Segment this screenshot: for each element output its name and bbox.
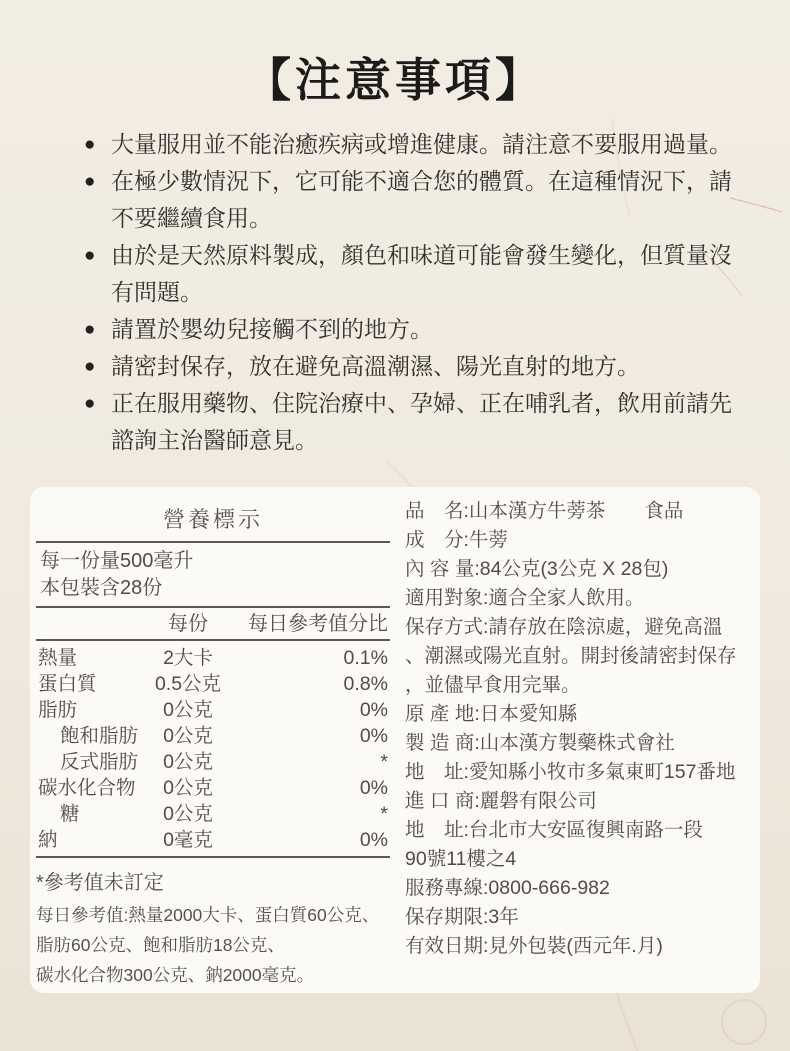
- precautions-list: ● 大量服用並不能治癒疾病或增進健康。請注意不要服用過量。 ● 在極少數情況下，…: [84, 126, 734, 459]
- nutrient-amount: 0公克: [138, 749, 238, 775]
- nutrient-name: 熱量: [38, 645, 138, 671]
- nutrient-name: 糖: [38, 801, 138, 827]
- daily-reference-line: 脂肪60公克、飽和脂肪18公克、: [36, 930, 390, 960]
- bullet-icon: ●: [84, 311, 95, 348]
- table-row: 碳水化合物 0公克 0%: [38, 775, 388, 801]
- nutrient-name: 納: [38, 827, 138, 853]
- nutrition-rows: 熱量 2大卡 0.1% 蛋白質 0.5公克 0.8% 脂肪 0公克 0% 飽和脂…: [36, 641, 390, 856]
- expiry-date-line: 有效日期:見外包裝(西元年.月): [405, 932, 760, 961]
- info-panel: 營養標示 每一份量500毫升 本包裝含28份 每份 每日參考值分比 熱量 2大卡…: [30, 487, 760, 993]
- bullet-icon: ●: [84, 385, 95, 422]
- nutrient-amount: 0公克: [138, 801, 238, 827]
- nutrient-amount: 0.5公克: [138, 671, 238, 697]
- product-name-line: 品 名:山本漢方牛蒡茶 食品: [405, 497, 760, 526]
- precaution-item: ● 在極少數情況下，它可能不適合您的體質。在這種情況下，請不要繼續食用。: [84, 163, 734, 237]
- precaution-text: 正在服用藥物、住院治療中、孕婦、正在哺乳者，飲用前請先諮詢主治醫師意見。: [111, 390, 732, 453]
- bullet-icon: ●: [84, 348, 95, 385]
- column-spacer: [38, 610, 138, 638]
- importer-address-line: 地 址:台北市大安區復興南路一段: [405, 816, 760, 845]
- nutrient-daily-pct: 0%: [238, 697, 388, 723]
- precaution-item: ● 大量服用並不能治癒疾病或增進健康。請注意不要服用過量。: [84, 126, 734, 163]
- nutrient-amount: 0公克: [138, 697, 238, 723]
- nutrient-daily-pct: 0%: [238, 723, 388, 749]
- precaution-item: ● 請置於嬰幼兒接觸不到的地方。: [84, 311, 734, 348]
- precaution-text: 在極少數情況下，它可能不適合您的體質。在這種情況下，請不要繼續食用。: [111, 168, 732, 231]
- nutrient-amount: 2大卡: [138, 645, 238, 671]
- nutrient-name: 碳水化合物: [38, 775, 138, 801]
- precaution-text: 大量服用並不能治癒疾病或增進健康。請注意不要服用過量。: [111, 131, 732, 157]
- nutrition-footnote: *參考值未訂定: [36, 858, 390, 895]
- table-row: 糖 0公克 *: [38, 801, 388, 827]
- manufacturer-line: 製 造 商:山本漢方製藥株式會社: [405, 729, 760, 758]
- manufacturer-address-line: 地 址:愛知縣小牧市多氣東町157番地: [405, 758, 760, 787]
- storage-method-line: ，並儘早食用完畢。: [405, 671, 760, 700]
- nutrient-name: 飽和脂肪: [38, 723, 138, 749]
- net-content-line: 內 容 量:84公克(3公克 X 28包): [405, 555, 760, 584]
- daily-reference-line: 碳水化合物300公克、鈉2000毫克。: [36, 960, 390, 990]
- daily-reference-note: 每日參考值:熱量2000大卡、蛋白質60公克、 脂肪60公克、飽和脂肪18公克、…: [36, 895, 390, 990]
- storage-method-line: 、潮濕或陽光直射。開封後請密封保存: [405, 642, 760, 671]
- product-info: 品 名:山本漢方牛蒡茶 食品 成 分:牛蒡 內 容 量:84公克(3公克 X 2…: [405, 497, 760, 961]
- nutrient-daily-pct: 0.1%: [238, 645, 388, 671]
- nutrient-name: 脂肪: [38, 697, 138, 723]
- nutrient-name: 反式脂肪: [38, 749, 138, 775]
- table-row: 熱量 2大卡 0.1%: [38, 645, 388, 671]
- precaution-text: 請密封保存，放在避免高溫潮濕、陽光直射的地方。: [111, 353, 640, 379]
- target-users-line: 適用對象:適合全家人飲用。: [405, 584, 760, 613]
- table-row: 蛋白質 0.5公克 0.8%: [38, 671, 388, 697]
- precaution-text: 請置於嬰幼兒接觸不到的地方。: [111, 316, 433, 342]
- service-hotline-line: 服務專線:0800-666-982: [405, 874, 760, 903]
- page-title: 【注意事項】: [0, 44, 790, 110]
- daily-reference-line: 每日參考值:熱量2000大卡、蛋白質60公克、: [36, 900, 390, 930]
- shelf-life-line: 保存期限:3年: [405, 903, 760, 932]
- nutrition-title: 營養標示: [36, 503, 390, 534]
- product-notice-sheet: 【注意事項】 ● 大量服用並不能治癒疾病或增進健康。請注意不要服用過量。 ● 在…: [0, 0, 790, 1051]
- column-daily-value: 每日參考值分比: [238, 610, 388, 638]
- serving-info: 每一份量500毫升 本包裝含28份: [36, 543, 390, 606]
- importer-line: 進 口 商:麗磐有限公司: [405, 787, 760, 816]
- precaution-item: ● 正在服用藥物、住院治療中、孕婦、正在哺乳者，飲用前請先諮詢主治醫師意見。: [84, 385, 734, 459]
- nutrient-daily-pct: 0%: [238, 827, 388, 853]
- servings-per-package: 本包裝含28份: [40, 575, 390, 602]
- nutrient-daily-pct: *: [238, 801, 388, 827]
- precaution-item: ● 請密封保存，放在避免高溫潮濕、陽光直射的地方。: [84, 348, 734, 385]
- ingredients-line: 成 分:牛蒡: [405, 526, 760, 555]
- table-row: 脂肪 0公克 0%: [38, 697, 388, 723]
- nutrient-daily-pct: 0.8%: [238, 671, 388, 697]
- serving-size: 每一份量500毫升: [40, 548, 390, 575]
- table-row: 飽和脂肪 0公克 0%: [38, 723, 388, 749]
- bullet-icon: ●: [84, 237, 95, 274]
- table-row: 反式脂肪 0公克 *: [38, 749, 388, 775]
- nutrient-amount: 0毫克: [138, 827, 238, 853]
- nutrition-column-headers: 每份 每日參考值分比: [36, 608, 390, 639]
- nutrition-table: 營養標示 每一份量500毫升 本包裝含28份 每份 每日參考值分比 熱量 2大卡…: [36, 503, 390, 990]
- nutrient-daily-pct: *: [238, 749, 388, 775]
- nutrient-daily-pct: 0%: [238, 775, 388, 801]
- importer-address-line: 90號11樓之4: [405, 845, 760, 874]
- column-per-serving: 每份: [138, 610, 238, 638]
- storage-method-line: 保存方式:請存放在陰涼處，避免高溫: [405, 613, 760, 642]
- origin-line: 原 產 地:日本愛知縣: [405, 700, 760, 729]
- precaution-item: ● 由於是天然原料製成，顏色和味道可能會發生變化，但質量沒有問題。: [84, 237, 734, 311]
- precaution-text: 由於是天然原料製成，顏色和味道可能會發生變化，但質量沒有問題。: [111, 242, 732, 305]
- bullet-icon: ●: [84, 126, 95, 163]
- table-row: 納 0毫克 0%: [38, 827, 388, 853]
- nutrient-amount: 0公克: [138, 723, 238, 749]
- bullet-icon: ●: [84, 163, 95, 200]
- nutrient-name: 蛋白質: [38, 671, 138, 697]
- nutrient-amount: 0公克: [138, 775, 238, 801]
